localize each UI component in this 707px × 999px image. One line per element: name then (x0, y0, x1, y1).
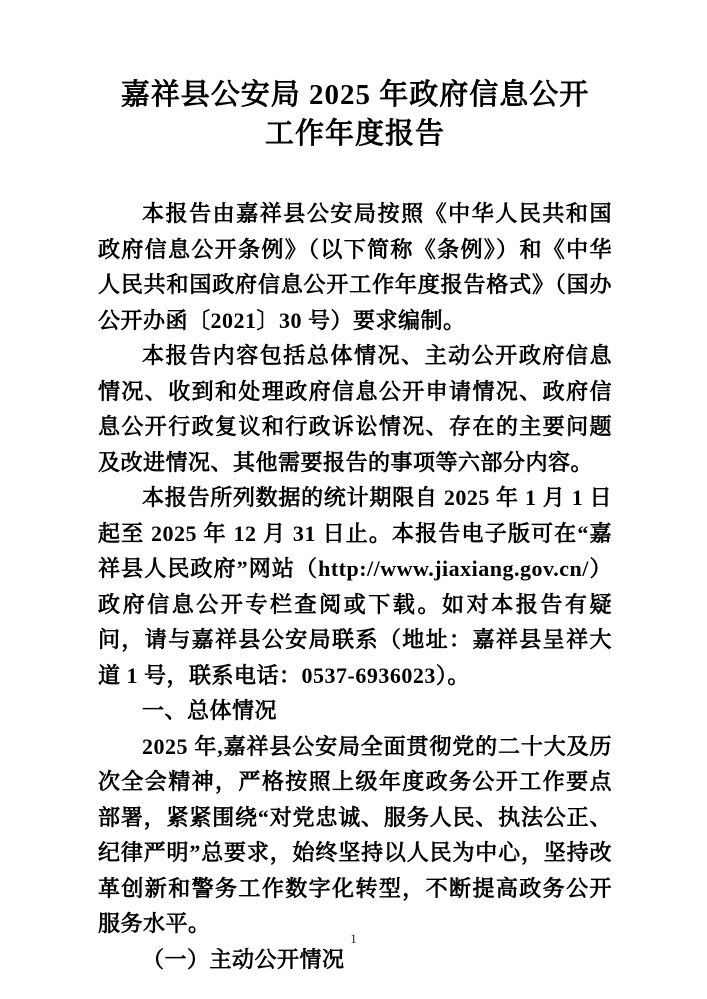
paragraph-report-basis: 本报告由嘉祥县公安局按照《中华人民共和国政府信息公开条例》（以下简称《条例》）和… (98, 196, 612, 338)
section-heading-overall-situation: 一、总体情况 (98, 693, 612, 729)
paragraph-report-contents: 本报告内容包括总体情况、主动公开政府信息情况、收到和处理政府信息公开申请情况、政… (98, 338, 612, 480)
paragraph-data-period-and-contact: 本报告所列数据的统计期限自 2025 年 1 月 1 日起至 2025 年 12… (98, 480, 612, 693)
document-content: 嘉祥县公安局 2025 年政府信息公开 工作年度报告 本报告由嘉祥县公安局按照《… (0, 0, 707, 977)
document-title-line-2: 工作年度报告 (98, 115, 612, 154)
document-title: 嘉祥县公安局 2025 年政府信息公开 工作年度报告 (98, 76, 612, 154)
page-number: 1 (0, 931, 707, 947)
document-page: 嘉祥县公安局 2025 年政府信息公开 工作年度报告 本报告由嘉祥县公安局按照《… (0, 0, 707, 999)
paragraph-overall-situation-body: 2025 年,嘉祥县公安局全面贯彻党的二十大及历次全会精神，严格按照上级年度政务… (98, 729, 612, 942)
document-title-line-1: 嘉祥县公安局 2025 年政府信息公开 (98, 76, 612, 115)
